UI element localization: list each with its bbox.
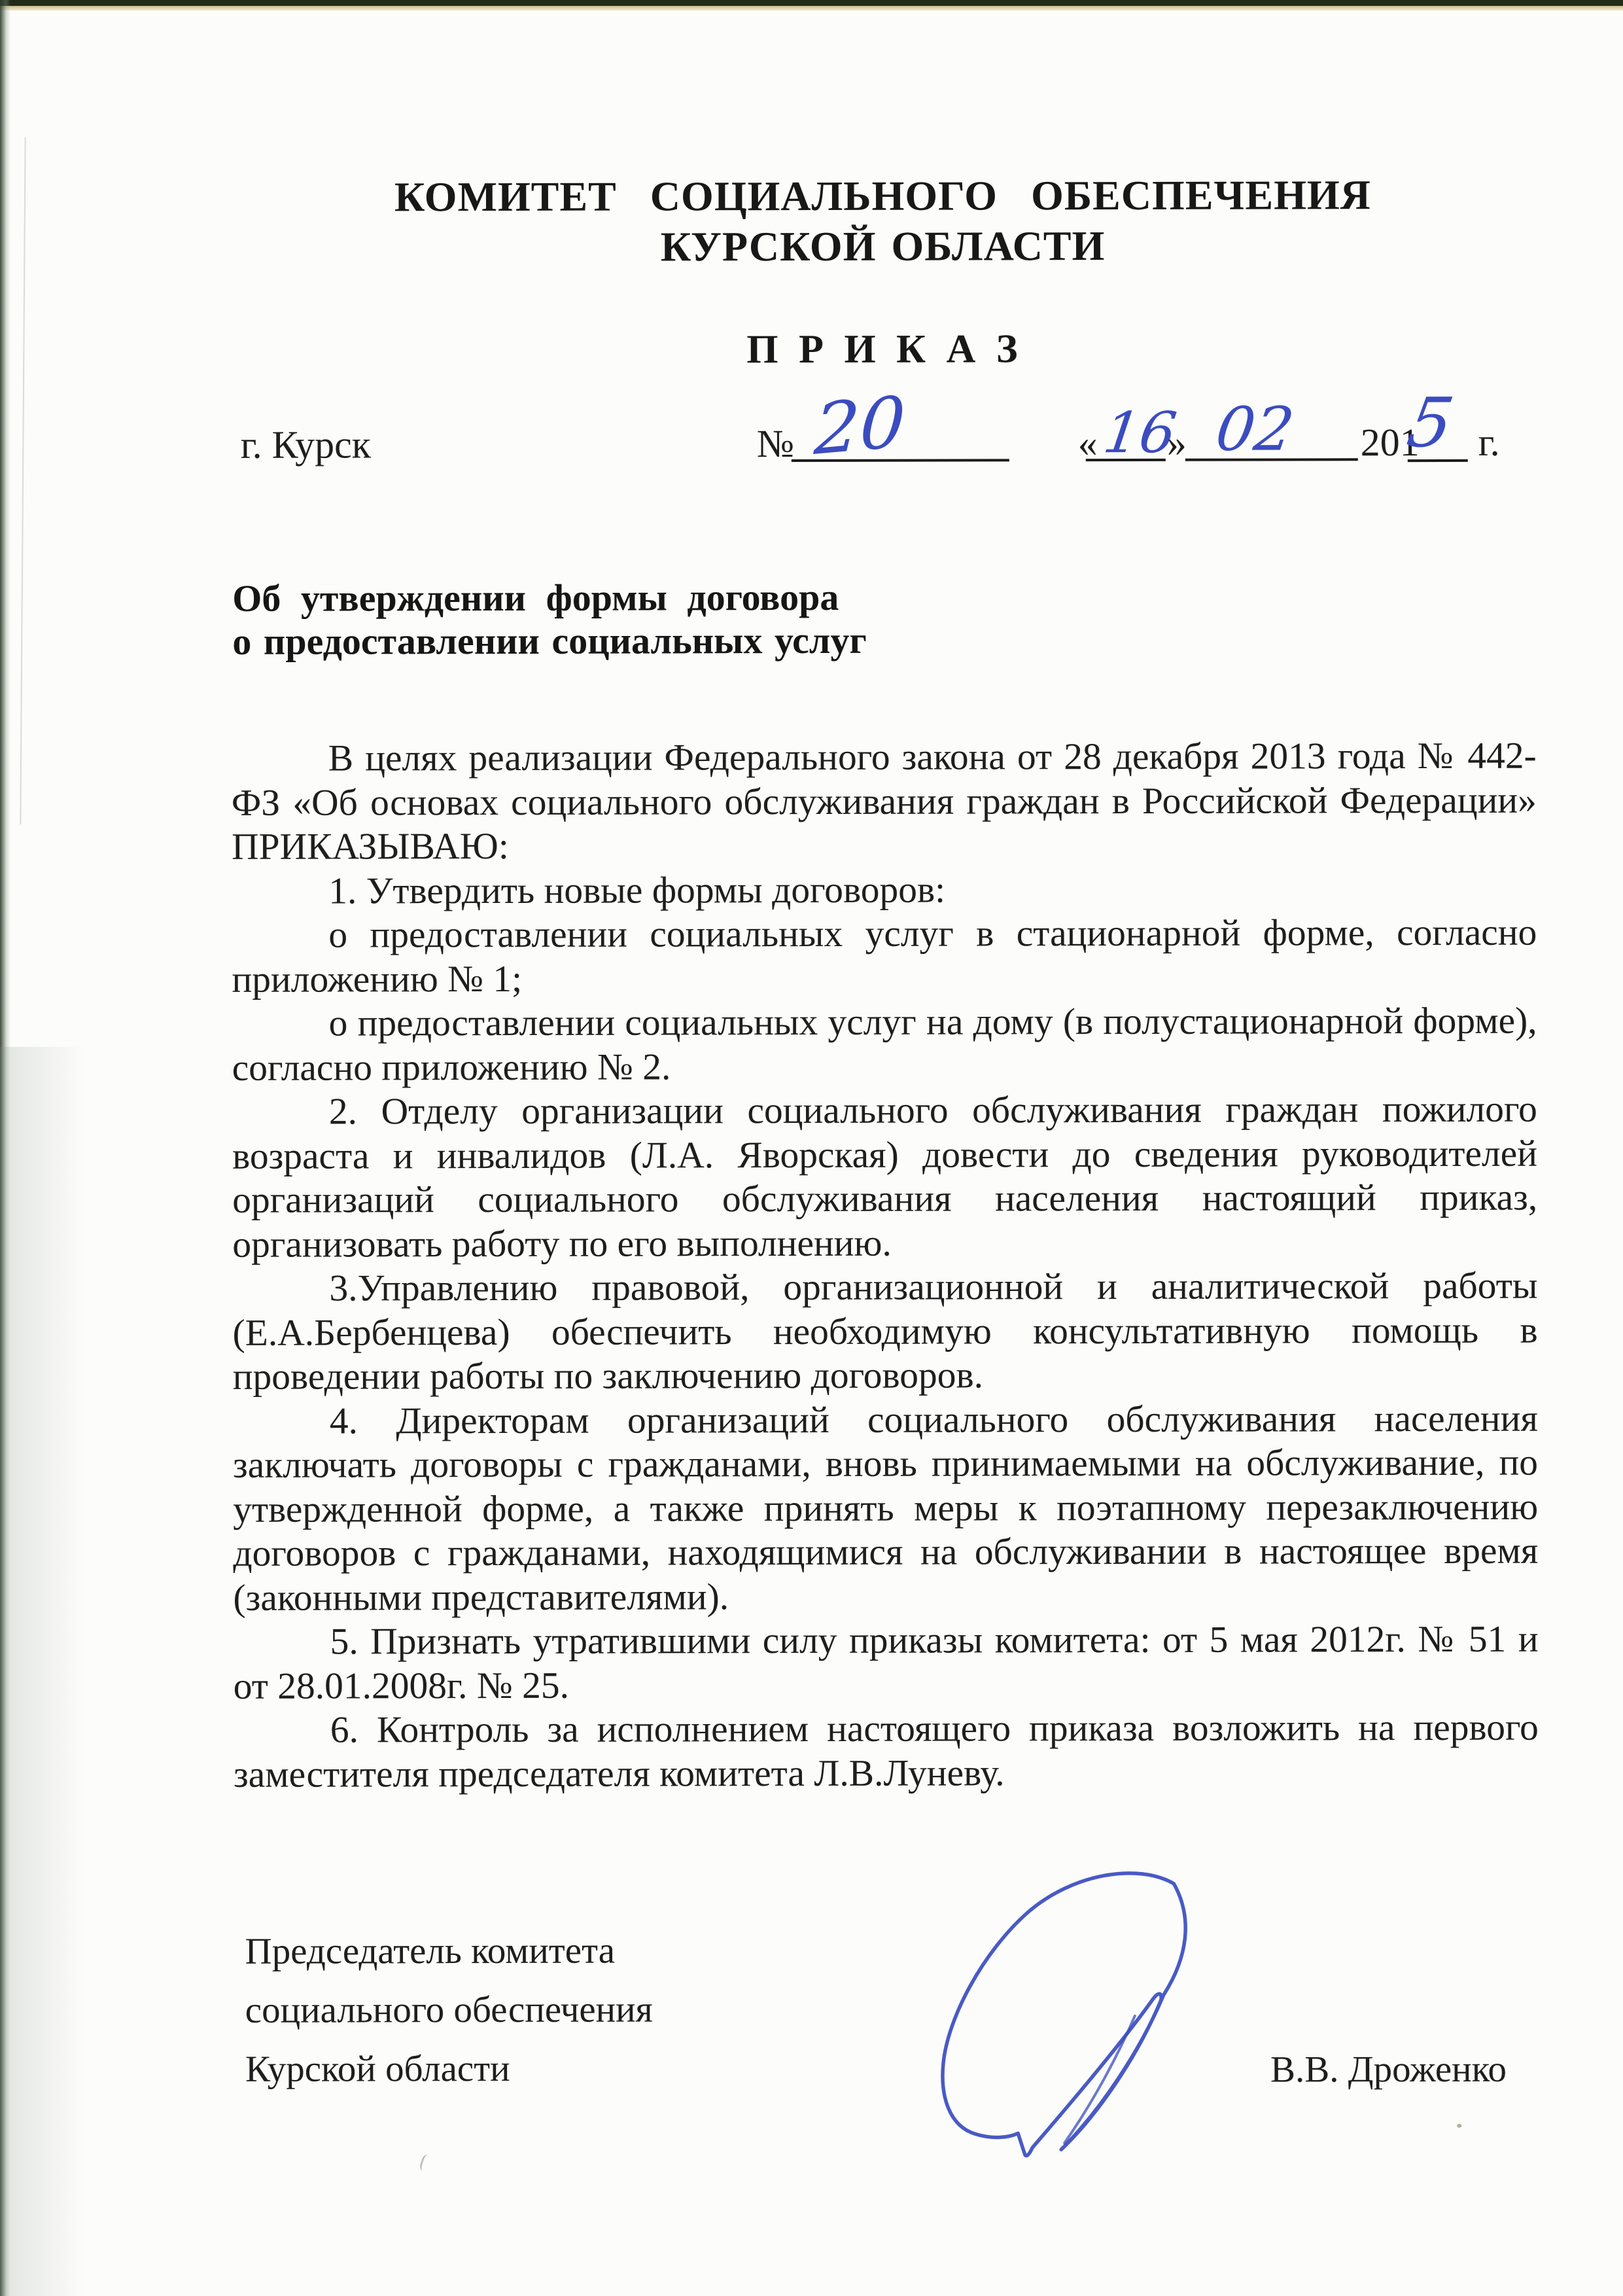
year-underline [1408,459,1468,462]
city-label: г. Курск [241,425,371,464]
body-paragraph: В целях реализации Федерального закона о… [232,734,1537,870]
body-paragraph: о предоставлении социальных услуг в стац… [232,911,1537,1002]
date-open-quote: « [1078,423,1098,463]
body-paragraph: 4. Директорам организаций социального об… [233,1396,1539,1620]
day-underline [1086,459,1166,461]
body-paragraph: 3.Управлению правовой, организационной и… [232,1264,1537,1400]
body-paragraph: 6. Контроль за исполнением настоящего пр… [234,1706,1539,1797]
body-paragraph: 2. Отделу организации социального обслуж… [232,1087,1538,1267]
body-paragraph: о предоставлении социальных услуг на дом… [232,999,1537,1090]
handwritten-signature [912,1865,1227,2174]
scan-speck [419,2153,434,2173]
signer-position-line1: Председатель комитета [245,1932,834,1970]
signer-position-line3: Курской области [245,2049,834,2088]
signer-position-line2: социального обеспечения [245,1990,834,2029]
organization-name-line1: КОМИТЕТ СОЦИАЛЬНОГО ОБЕСПЕЧЕНИЯ [230,174,1535,219]
number-label: № [757,424,794,463]
signer-name: В.В. Дроженко [1219,2051,1507,2089]
handwritten-order-number: 20 [812,387,907,466]
scan-speck [1457,2124,1461,2128]
subject-line2: о предоставлении социальных услуг [232,622,926,661]
date-close-quote: » [1167,423,1187,463]
year-suffix: г. [1478,423,1500,462]
body-paragraph: 1. Утвердить новые формы договоров: [232,866,1537,913]
organization-name-line2: КУРСКОЙ ОБЛАСТИ [230,224,1535,269]
scanned-order-document: КОМИТЕТ СОЦИАЛЬНОГО ОБЕСПЕЧЕНИЯ КУРСКОЙ … [0,0,1623,2296]
subject-line1: Об утверждении формы договора [232,578,926,618]
body-paragraph: 5. Признать утратившими силу приказы ком… [234,1617,1539,1708]
handwritten-year-digit: 5 [1403,389,1458,457]
handwritten-month: 02 [1212,399,1297,459]
order-body: В целях реализации Федерального закона о… [232,734,1539,1797]
document-content: КОМИТЕТ СОЦИАЛЬНОГО ОБЕСПЕЧЕНИЯ КУРСКОЙ … [0,0,1623,2296]
document-type-title: П Р И К А З [230,328,1535,371]
